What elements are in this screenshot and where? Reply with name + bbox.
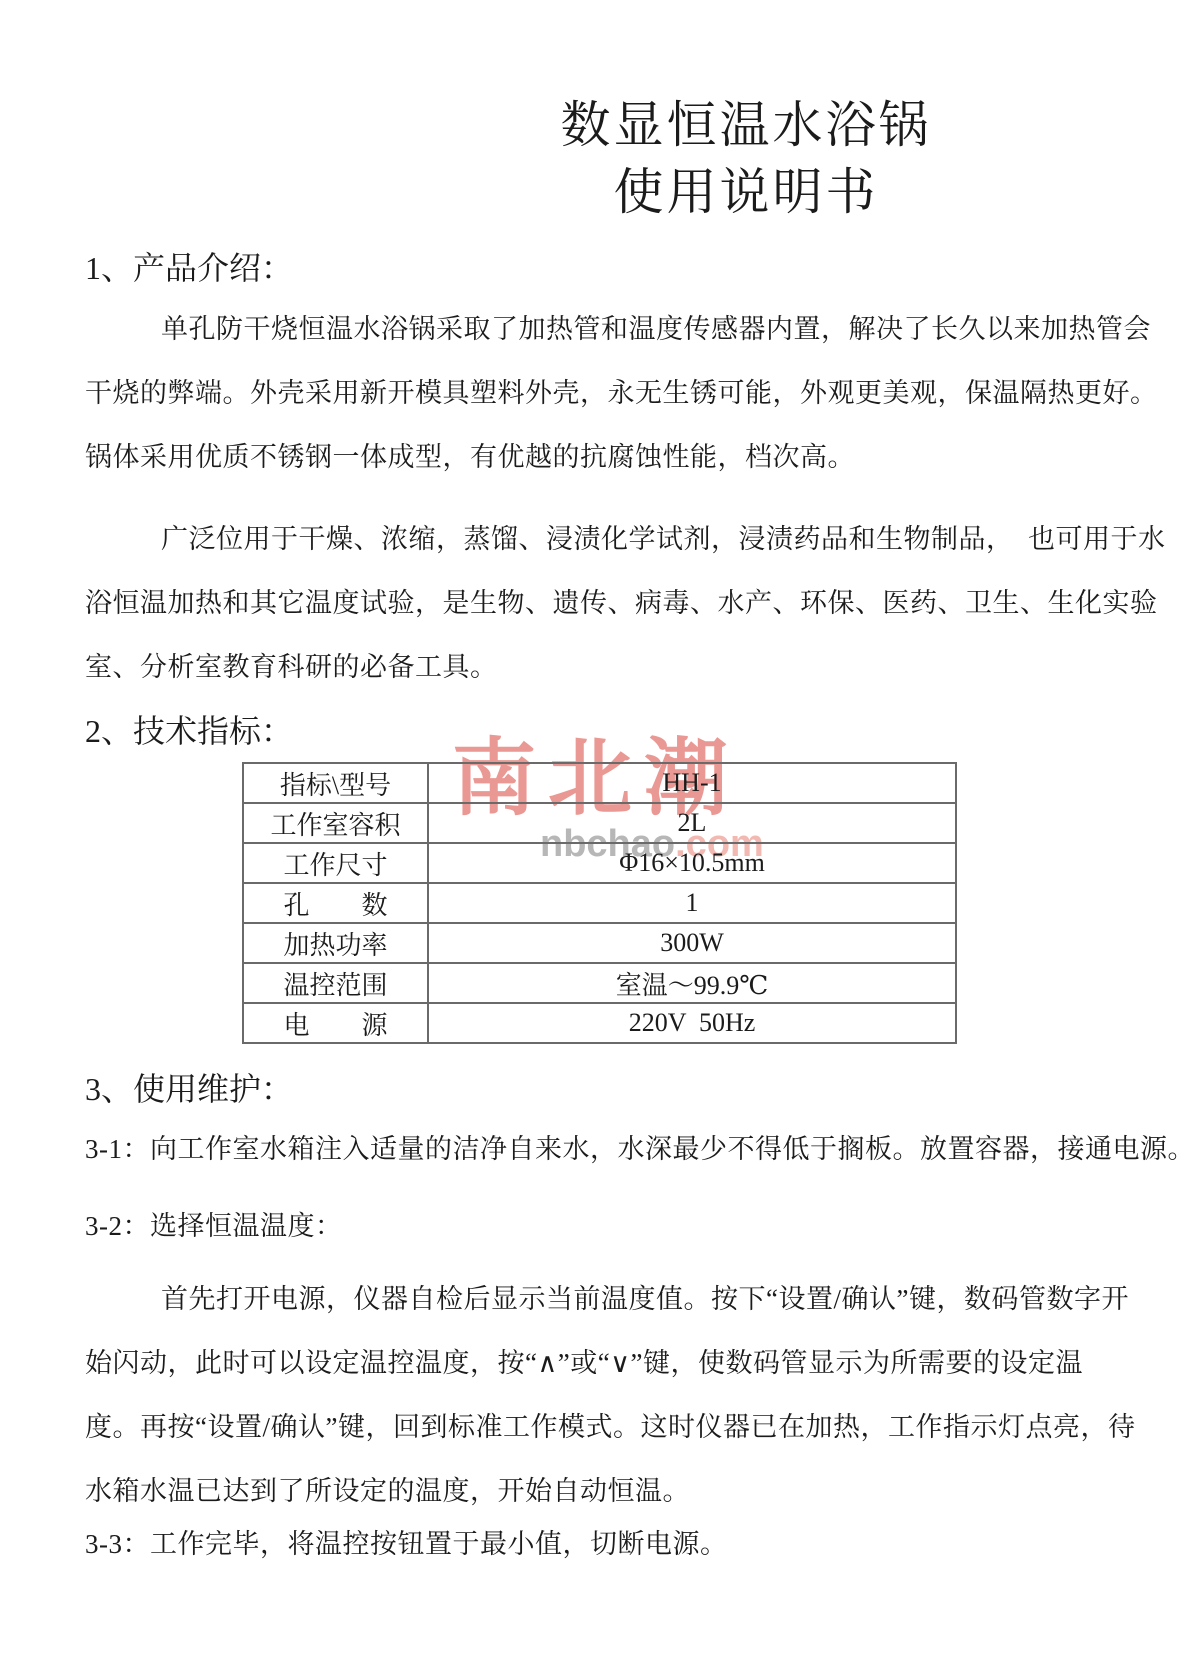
paragraph-line: 浴恒温加热和其它温度试验，是生物、遗传、病毒、水产、环保、医药、卫生、生化实验 bbox=[85, 571, 1166, 635]
section-3-item-1: 3-1：向工作室水箱注入适量的洁净自来水，水深最少不得低于搁板。放置容器，接通电… bbox=[85, 1117, 1195, 1181]
spec-table: 指标\型号 HH-1 工作室容积 2L 工作尺寸 Φ16×10.5mm 孔 数 … bbox=[242, 762, 957, 1044]
paragraph-line: 室、分析室教育科研的必备工具。 bbox=[85, 635, 1166, 699]
table-row: 工作尺寸 Φ16×10.5mm bbox=[243, 843, 956, 883]
document-page: 南北潮 nbchao.com 数显恒温水浴锅 使用说明书 1、产品介绍： 单孔防… bbox=[0, 0, 1200, 1664]
paragraph-line: 首先打开电源，仪器自检后显示当前温度值。按下“设置/确认”键，数码管数字开 bbox=[85, 1267, 1135, 1331]
spec-row-label: 工作尺寸 bbox=[243, 843, 428, 883]
section-3-item-3: 3-3：工作完毕，将温控按钮置于最小值，切断电源。 bbox=[85, 1512, 728, 1576]
table-row: 加热功率 300W bbox=[243, 923, 956, 963]
paragraph-line: 3-1：向工作室水箱注入适量的洁净自来水，水深最少不得低于搁板。放置容器，接通电… bbox=[85, 1117, 1195, 1181]
spec-row-label: 工作室容积 bbox=[243, 803, 428, 843]
paragraph-line: 度。再按“设置/确认”键，回到标准工作模式。这时仪器已在加热，工作指示灯点亮，待 bbox=[85, 1395, 1135, 1459]
paragraph-line: 单孔防干烧恒温水浴锅采取了加热管和温度传感器内置，解决了长久以来加热管会 bbox=[85, 297, 1158, 361]
paragraph-line: 始闪动，此时可以设定温控温度，按“∧”或“∨”键，使数码管显示为所需要的设定温 bbox=[85, 1331, 1135, 1395]
section-1-heading: 1、产品介绍： bbox=[85, 248, 293, 288]
table-row: 工作室容积 2L bbox=[243, 803, 956, 843]
paragraph-line: 干烧的弊端。外壳采用新开模具塑料外壳，永无生锈可能，外观更美观，保温隔热更好。 bbox=[85, 361, 1158, 425]
spec-row-label: 温控范围 bbox=[243, 963, 428, 1003]
paragraph-line: 锅体采用优质不锈钢一体成型，有优越的抗腐蚀性能，档次高。 bbox=[85, 425, 1158, 489]
table-row: 电 源 220V 50Hz bbox=[243, 1003, 956, 1043]
table-row: 孔 数 1 bbox=[243, 883, 956, 923]
section-3-paragraph: 首先打开电源，仪器自检后显示当前温度值。按下“设置/确认”键，数码管数字开 始闪… bbox=[85, 1267, 1135, 1523]
table-row: 指标\型号 HH-1 bbox=[243, 763, 956, 803]
paragraph-line: 广泛位用于干燥、浓缩，蒸馏、浸渍化学试剂，浸渍药品和生物制品， 也可用于水 bbox=[85, 507, 1166, 571]
spec-row-value: Φ16×10.5mm bbox=[428, 843, 956, 883]
spec-row-value: 1 bbox=[428, 883, 956, 923]
document-title: 数显恒温水浴锅 使用说明书 bbox=[0, 92, 1200, 226]
section-3-heading: 3、使用维护： bbox=[85, 1069, 293, 1109]
paragraph-line: 3-3：工作完毕，将温控按钮置于最小值，切断电源。 bbox=[85, 1512, 728, 1576]
paragraph-line: 3-2：选择恒温温度： bbox=[85, 1194, 343, 1258]
spec-row-label: 指标\型号 bbox=[243, 763, 428, 803]
spec-row-label: 孔 数 bbox=[243, 883, 428, 923]
title-line-1: 数显恒温水浴锅 bbox=[292, 92, 1200, 159]
spec-row-label: 电 源 bbox=[243, 1003, 428, 1043]
spec-row-value: 220V 50Hz bbox=[428, 1003, 956, 1043]
section-3-item-2: 3-2：选择恒温温度： bbox=[85, 1194, 343, 1258]
spec-row-value: 室温～99.9℃ bbox=[428, 963, 956, 1003]
title-line-2: 使用说明书 bbox=[292, 159, 1200, 226]
spec-row-value: HH-1 bbox=[428, 763, 956, 803]
section-1-paragraph-2: 广泛位用于干燥、浓缩，蒸馏、浸渍化学试剂，浸渍药品和生物制品， 也可用于水 浴恒… bbox=[85, 507, 1166, 699]
section-1-paragraph-1: 单孔防干烧恒温水浴锅采取了加热管和温度传感器内置，解决了长久以来加热管会 干烧的… bbox=[85, 297, 1158, 489]
table-row: 温控范围 室温～99.9℃ bbox=[243, 963, 956, 1003]
section-2-heading: 2、技术指标： bbox=[85, 711, 293, 751]
spec-row-value: 300W bbox=[428, 923, 956, 963]
spec-row-label: 加热功率 bbox=[243, 923, 428, 963]
spec-row-value: 2L bbox=[428, 803, 956, 843]
